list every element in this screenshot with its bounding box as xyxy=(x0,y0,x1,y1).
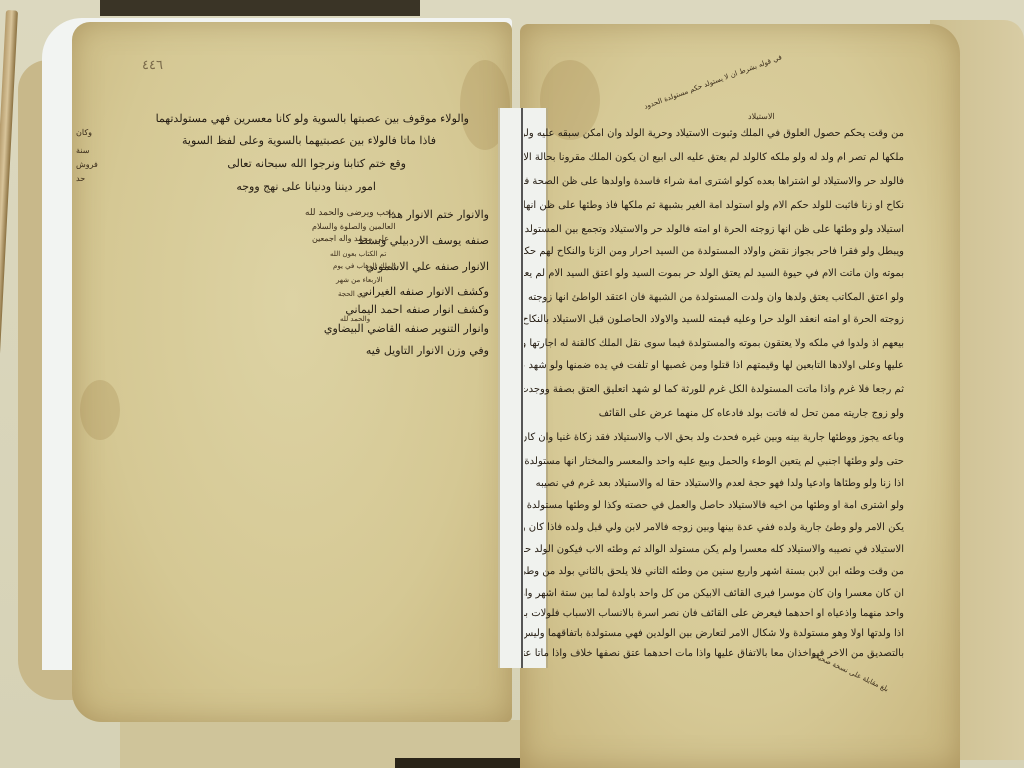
colophon-line: وفي وزن الانوار التاويل فيه xyxy=(366,344,489,357)
colophon-tail-line: ذي الحجة xyxy=(338,290,366,298)
text-line: امور ديننا ودنيانا على نهج ووجه xyxy=(236,180,376,193)
text-line: ولو زوج جاريته ممن تحل له فاتت بولد فادع… xyxy=(524,408,904,419)
text-line: ولو اعتق المكاتب يعتق ولدها وان ولدت الم… xyxy=(524,292,904,303)
text-line: فالولد حر والاستيلاد لو اشتراها بعده كول… xyxy=(524,176,904,187)
text-line: واحد منهما واذعياه او احدهما فيعرض على ا… xyxy=(524,608,904,619)
text-line: بيعهم اذ ولدوا في ملكه ولا يعتقون بموته … xyxy=(524,338,904,349)
colophon-tail-line: على محمد واله اجمعين xyxy=(312,234,389,243)
margin-note: فروش xyxy=(76,160,98,169)
colophon-line: وانوار التنوير صنفه القاضي البيضاوي xyxy=(324,322,489,335)
text-line: اذا زنا ولو وطئاها وادعيا ولدا فهو حجة ل… xyxy=(524,478,904,489)
water-stain xyxy=(80,380,120,440)
text-line: استيلاد ولو وطئها على ظن انها زوجته الحر… xyxy=(524,224,904,235)
gutter-seam xyxy=(521,108,523,668)
text-line: اذا ولدتها اولا وهو مستولدة ولا شكال الا… xyxy=(524,628,904,639)
text-line: من وقت وطئه ابن لابن بستة اشهر واربع سني… xyxy=(524,566,904,577)
text-line: وباعه يجوز ووطئها جارية بينه وبين غيره ف… xyxy=(524,432,904,443)
folio-number: ٤٤٦ xyxy=(142,58,163,73)
text-line: وقع ختم كتابنا ونرجوا الله سبحانه تعالى xyxy=(227,157,406,170)
text-line: ويبطل ولو فقرا فاحر بجواز نقض واولاد الم… xyxy=(524,246,904,257)
colophon-tail-line: الاربعاء من شهر xyxy=(336,276,383,284)
text-line: ملكها لم تصر ام ولد له ولو ملكه كالولد ل… xyxy=(524,152,904,163)
text-line: من وقت يحكم حصول العلوق في الملك وثبوت ا… xyxy=(524,128,904,139)
colophon-tail-line: والحمد لله xyxy=(340,315,370,323)
text-line: عليها وعلى اولادها التابعين لها وقيمتهم … xyxy=(524,360,904,371)
margin-note: حد xyxy=(76,174,85,183)
text-line: حتى ولو وطئها اجنبي لم يتعين الوطء والحم… xyxy=(524,456,904,467)
section-header: الاستيلاد xyxy=(748,112,775,121)
colophon-tail-line: يحب ويرضى والحمد لله xyxy=(305,208,394,218)
colophon-line: والانوار ختم الانوار هذا xyxy=(388,208,489,221)
text-line: نكاح او زنا فاثبت للولد حكم الام ولو است… xyxy=(524,200,904,211)
text-line: بموته وان ماتت الام في حيوة السيد لم يعت… xyxy=(524,268,904,279)
text-line: الاستيلاد في نصيبه والاستيلاد كله معسرا … xyxy=(524,544,904,555)
text-line: ولو اشترى امة او وطئها من اخيه فالاستيلا… xyxy=(524,500,904,511)
colophon-tail-line: الملك الوهاب في يوم xyxy=(333,262,395,270)
margin-note: سنة xyxy=(76,146,89,155)
text-line: يكن الامر ولو وطئ جارية ولده ففي عدة بين… xyxy=(524,522,904,533)
colophon-line: وكشف الانوار صنفه الغيراني xyxy=(360,285,489,298)
text-line: بالتصديق من الاخر فيواخذان معا بالاتفاق … xyxy=(524,648,904,659)
margin-note: وكان xyxy=(76,128,92,137)
text-line: والولاء موقوف بين عصبتها بالسوية ولو كان… xyxy=(156,112,469,125)
colophon-tail-line: تم الكتاب بعون الله xyxy=(330,250,386,258)
colophon-tail-line: العالمين والصلوة والسلام xyxy=(312,222,395,231)
text-line: زوجته الحرة او امته انعقد الولد حرا وعلي… xyxy=(524,314,904,325)
left-page xyxy=(72,22,512,722)
book-cover-edge xyxy=(100,0,420,16)
text-line: ان كان معسرا وان كان موسرا فيرى القائف ا… xyxy=(524,588,904,599)
text-line: فاذا ماتا فالولاء بين عصبتيهما بالسوية و… xyxy=(182,134,436,147)
text-line: ثم رجعا فلا غرم واذا ماتت المستولدة الكل… xyxy=(524,384,904,395)
